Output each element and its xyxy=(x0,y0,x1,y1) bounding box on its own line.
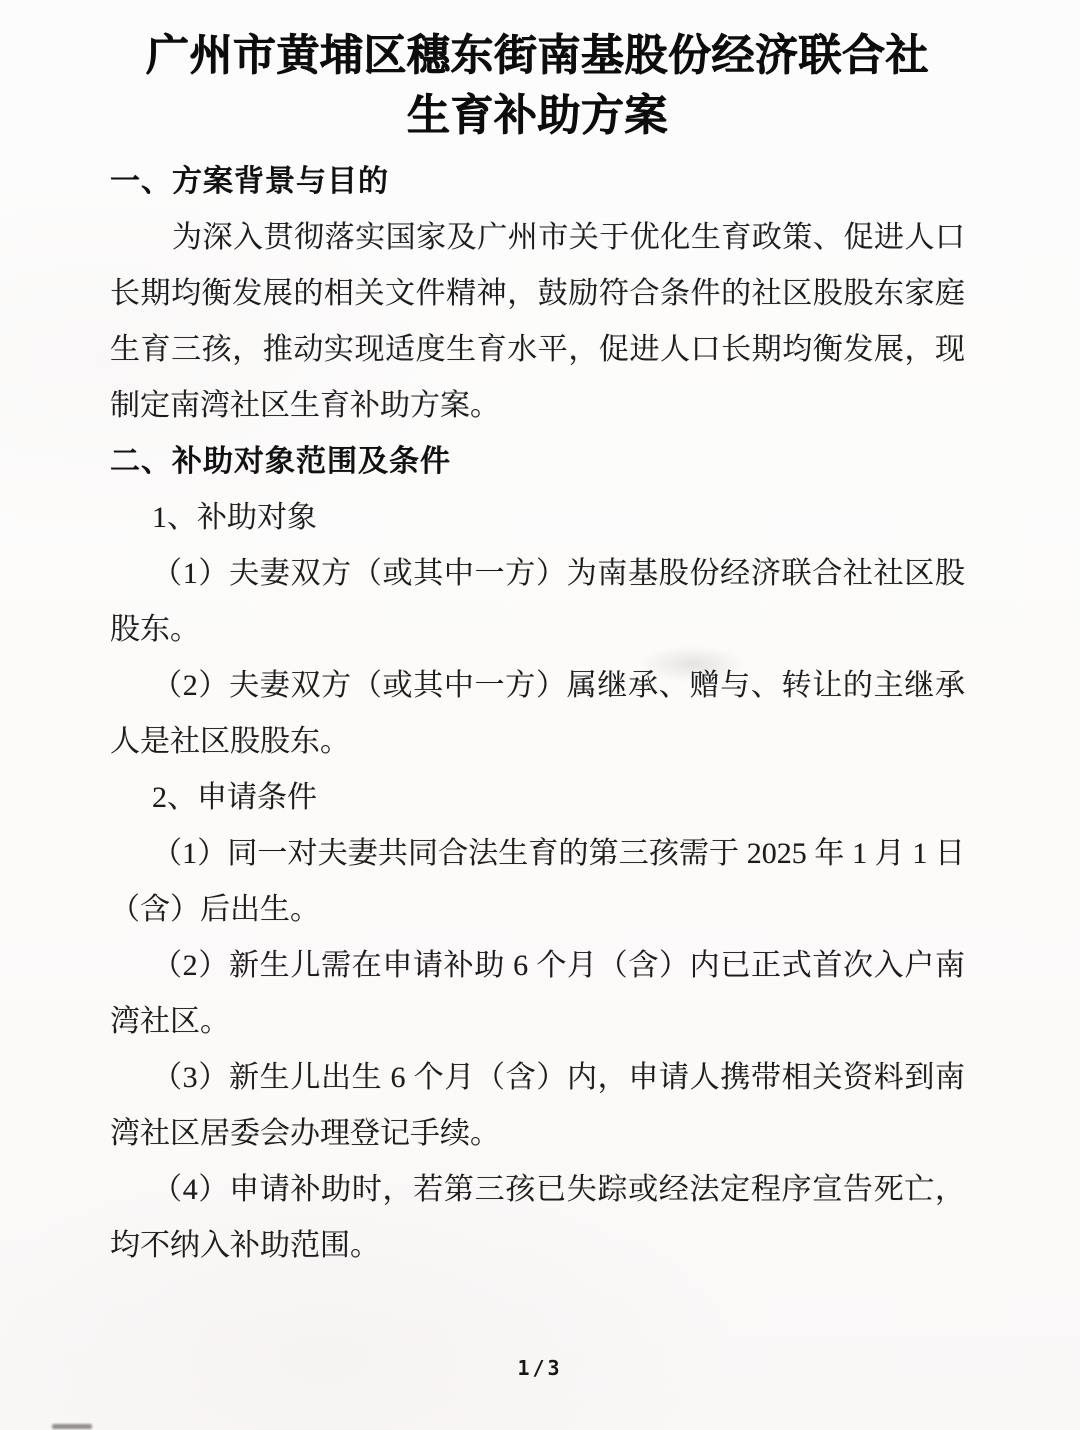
subsection-2-2-item-4: （4）申请补助时，若第三孩已失踪或经法定程序宣告死亡，均不纳入补助范围。 xyxy=(110,1162,965,1274)
document-title-line-1: 广州市黄埔区穗东街南基股份经济联合社 xyxy=(110,26,965,86)
document-body: 一、方案背景与目的 为深入贯彻落实国家及广州市关于优化生育政策、促进人口长期均衡… xyxy=(110,154,965,1274)
section-1-heading: 一、方案背景与目的 xyxy=(110,154,965,210)
subsection-2-2-item-3: （3）新生儿出生 6 个月（含）内，申请人携带相关资料到南湾社区居委会办理登记手… xyxy=(110,1050,965,1162)
page-number: 1/3 xyxy=(0,1356,1080,1380)
scanned-document-page: 广州市黄埔区穗东街南基股份经济联合社 生育补助方案 一、方案背景与目的 为深入贯… xyxy=(0,0,1080,1430)
subsection-2-1-item-2: （2）夫妻双方（或其中一方）属继承、赠与、转让的主继承人是社区股股东。 xyxy=(110,658,965,770)
section-1-paragraph: 为深入贯彻落实国家及广州市关于优化生育政策、促进人口长期均衡发展的相关文件精神，… xyxy=(110,210,965,434)
document-title: 广州市黄埔区穗东街南基股份经济联合社 生育补助方案 xyxy=(110,26,965,146)
subsection-2-2-heading: 2、申请条件 xyxy=(110,770,965,826)
scan-edge-artifact xyxy=(52,1424,92,1429)
subsection-2-1-item-1: （1）夫妻双方（或其中一方）为南基股份经济联合社社区股股东。 xyxy=(110,546,965,658)
subsection-2-2-item-1: （1）同一对夫妻共同合法生育的第三孩需于 2025 年 1 月 1 日（含）后出… xyxy=(110,826,965,938)
subsection-2-1-heading: 1、补助对象 xyxy=(110,490,965,546)
section-2-heading: 二、补助对象范围及条件 xyxy=(110,434,965,490)
document-title-line-2: 生育补助方案 xyxy=(110,86,965,146)
subsection-2-2-item-2: （2）新生儿需在申请补助 6 个月（含）内已正式首次入户南湾社区。 xyxy=(110,938,965,1050)
